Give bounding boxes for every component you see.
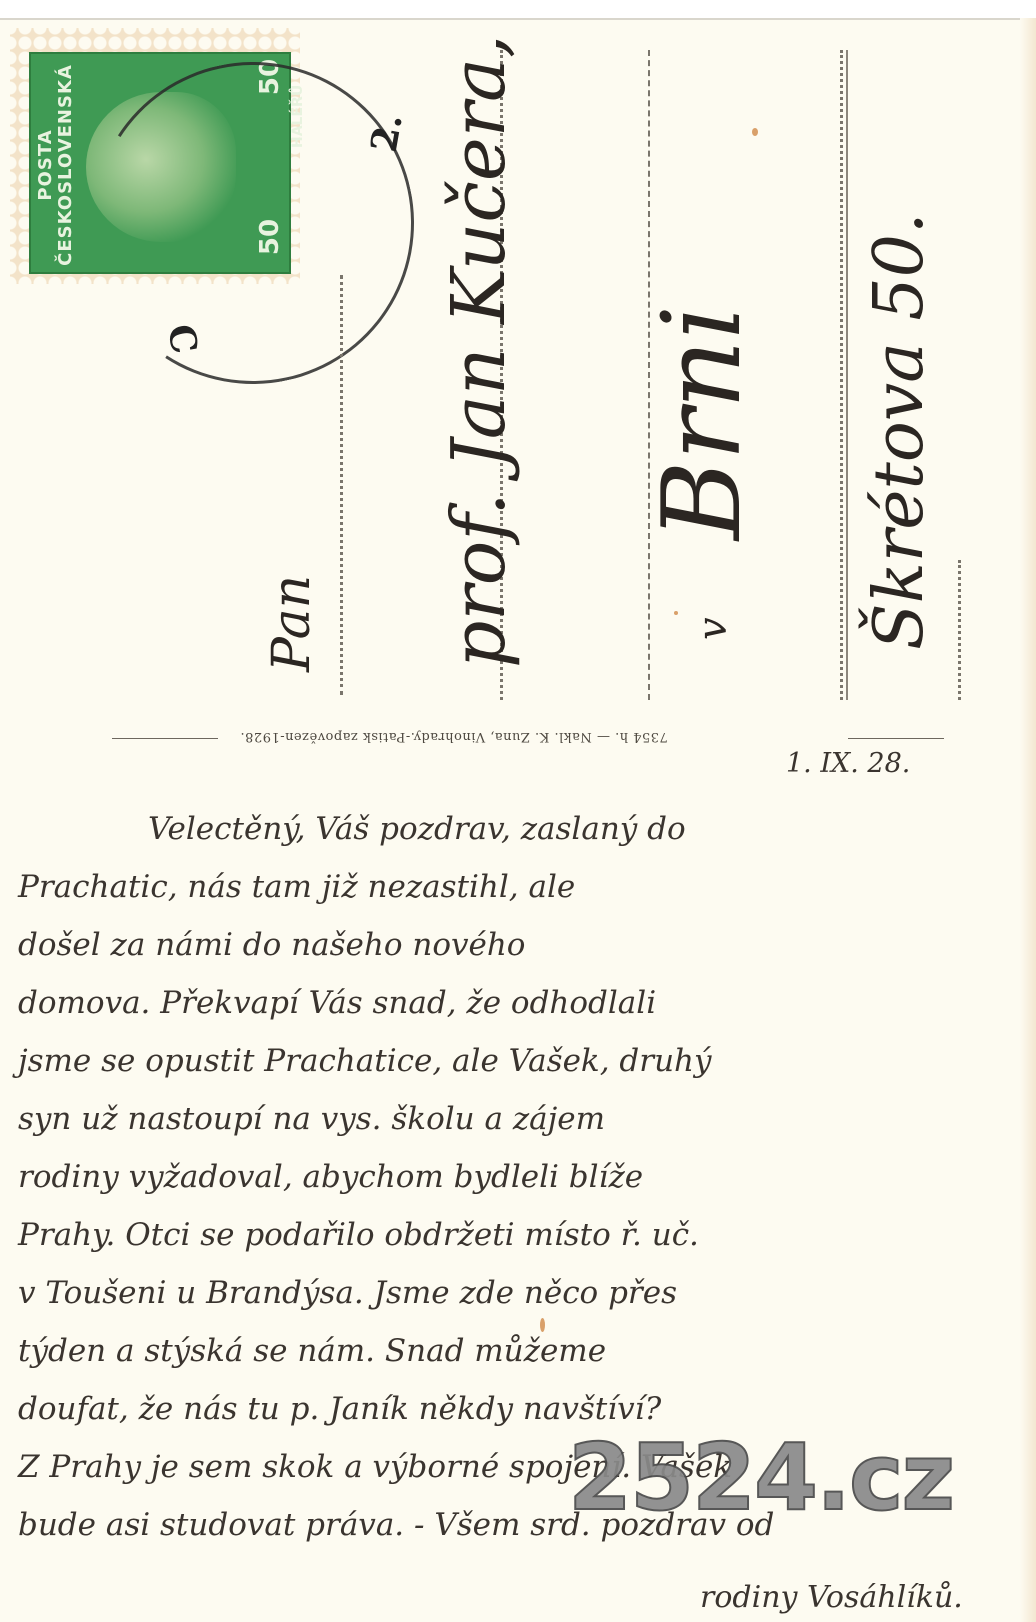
letter-line: rodiny vyžadoval, abychom bydleli blíže xyxy=(18,1148,1008,1206)
address-name: prof. Jan Kučera, xyxy=(436,34,522,668)
watermark-logo: 2524.cz xyxy=(568,1424,953,1531)
address-city: Brni xyxy=(640,305,765,540)
letter-line: jsme se opustit Prachatice, ale Vašek, d… xyxy=(18,1032,1008,1090)
letter-line: Velectěný, Váš pozdrav, zaslaný do xyxy=(18,800,1008,858)
imprint-rule-left xyxy=(112,738,218,739)
address-line xyxy=(958,560,961,700)
letter-line: Prahy. Otci se podařilo obdržeti místo ř… xyxy=(18,1206,1008,1264)
address-line xyxy=(340,275,343,695)
imprint-rule-right xyxy=(848,738,944,739)
letter-line: Prachatic, nás tam již nezastihl, ale xyxy=(18,858,1008,916)
address-rule xyxy=(846,50,848,700)
postcard-edge xyxy=(1020,18,1036,1622)
letter-line: domova. Překvapí Vás snad, že odhodlali xyxy=(18,974,1008,1032)
letter-date: 1. IX. 28. xyxy=(786,748,910,779)
stain xyxy=(674,611,678,615)
letter-signature: rodiny Vosáhlíků. xyxy=(700,1580,963,1615)
letter-line: týden a stýská se nám. Snad můžeme xyxy=(18,1322,1008,1380)
letter-line: v Toušeni u Brandýsa. Jsme zde něco přes xyxy=(18,1264,1008,1322)
postmark-fragment: 2. xyxy=(363,111,411,155)
address-preposition: v xyxy=(690,617,736,640)
address-street: Škrétova 50. xyxy=(860,212,939,650)
letter-line: došel za námi do našeho nového xyxy=(18,916,1008,974)
address-line xyxy=(840,50,843,700)
stamp-country-text: POSTA ČESKOSLOVENSKÁ xyxy=(36,60,76,270)
address-salutation: Pan xyxy=(262,575,322,672)
stain xyxy=(752,128,758,136)
stain xyxy=(540,1318,545,1332)
publisher-imprint: 7354 h. — Nakl. K. Zuna, Vinohrady.-Pati… xyxy=(240,729,668,744)
letter-line: syn už nastoupí na vys. školu a zájem xyxy=(18,1090,1008,1148)
